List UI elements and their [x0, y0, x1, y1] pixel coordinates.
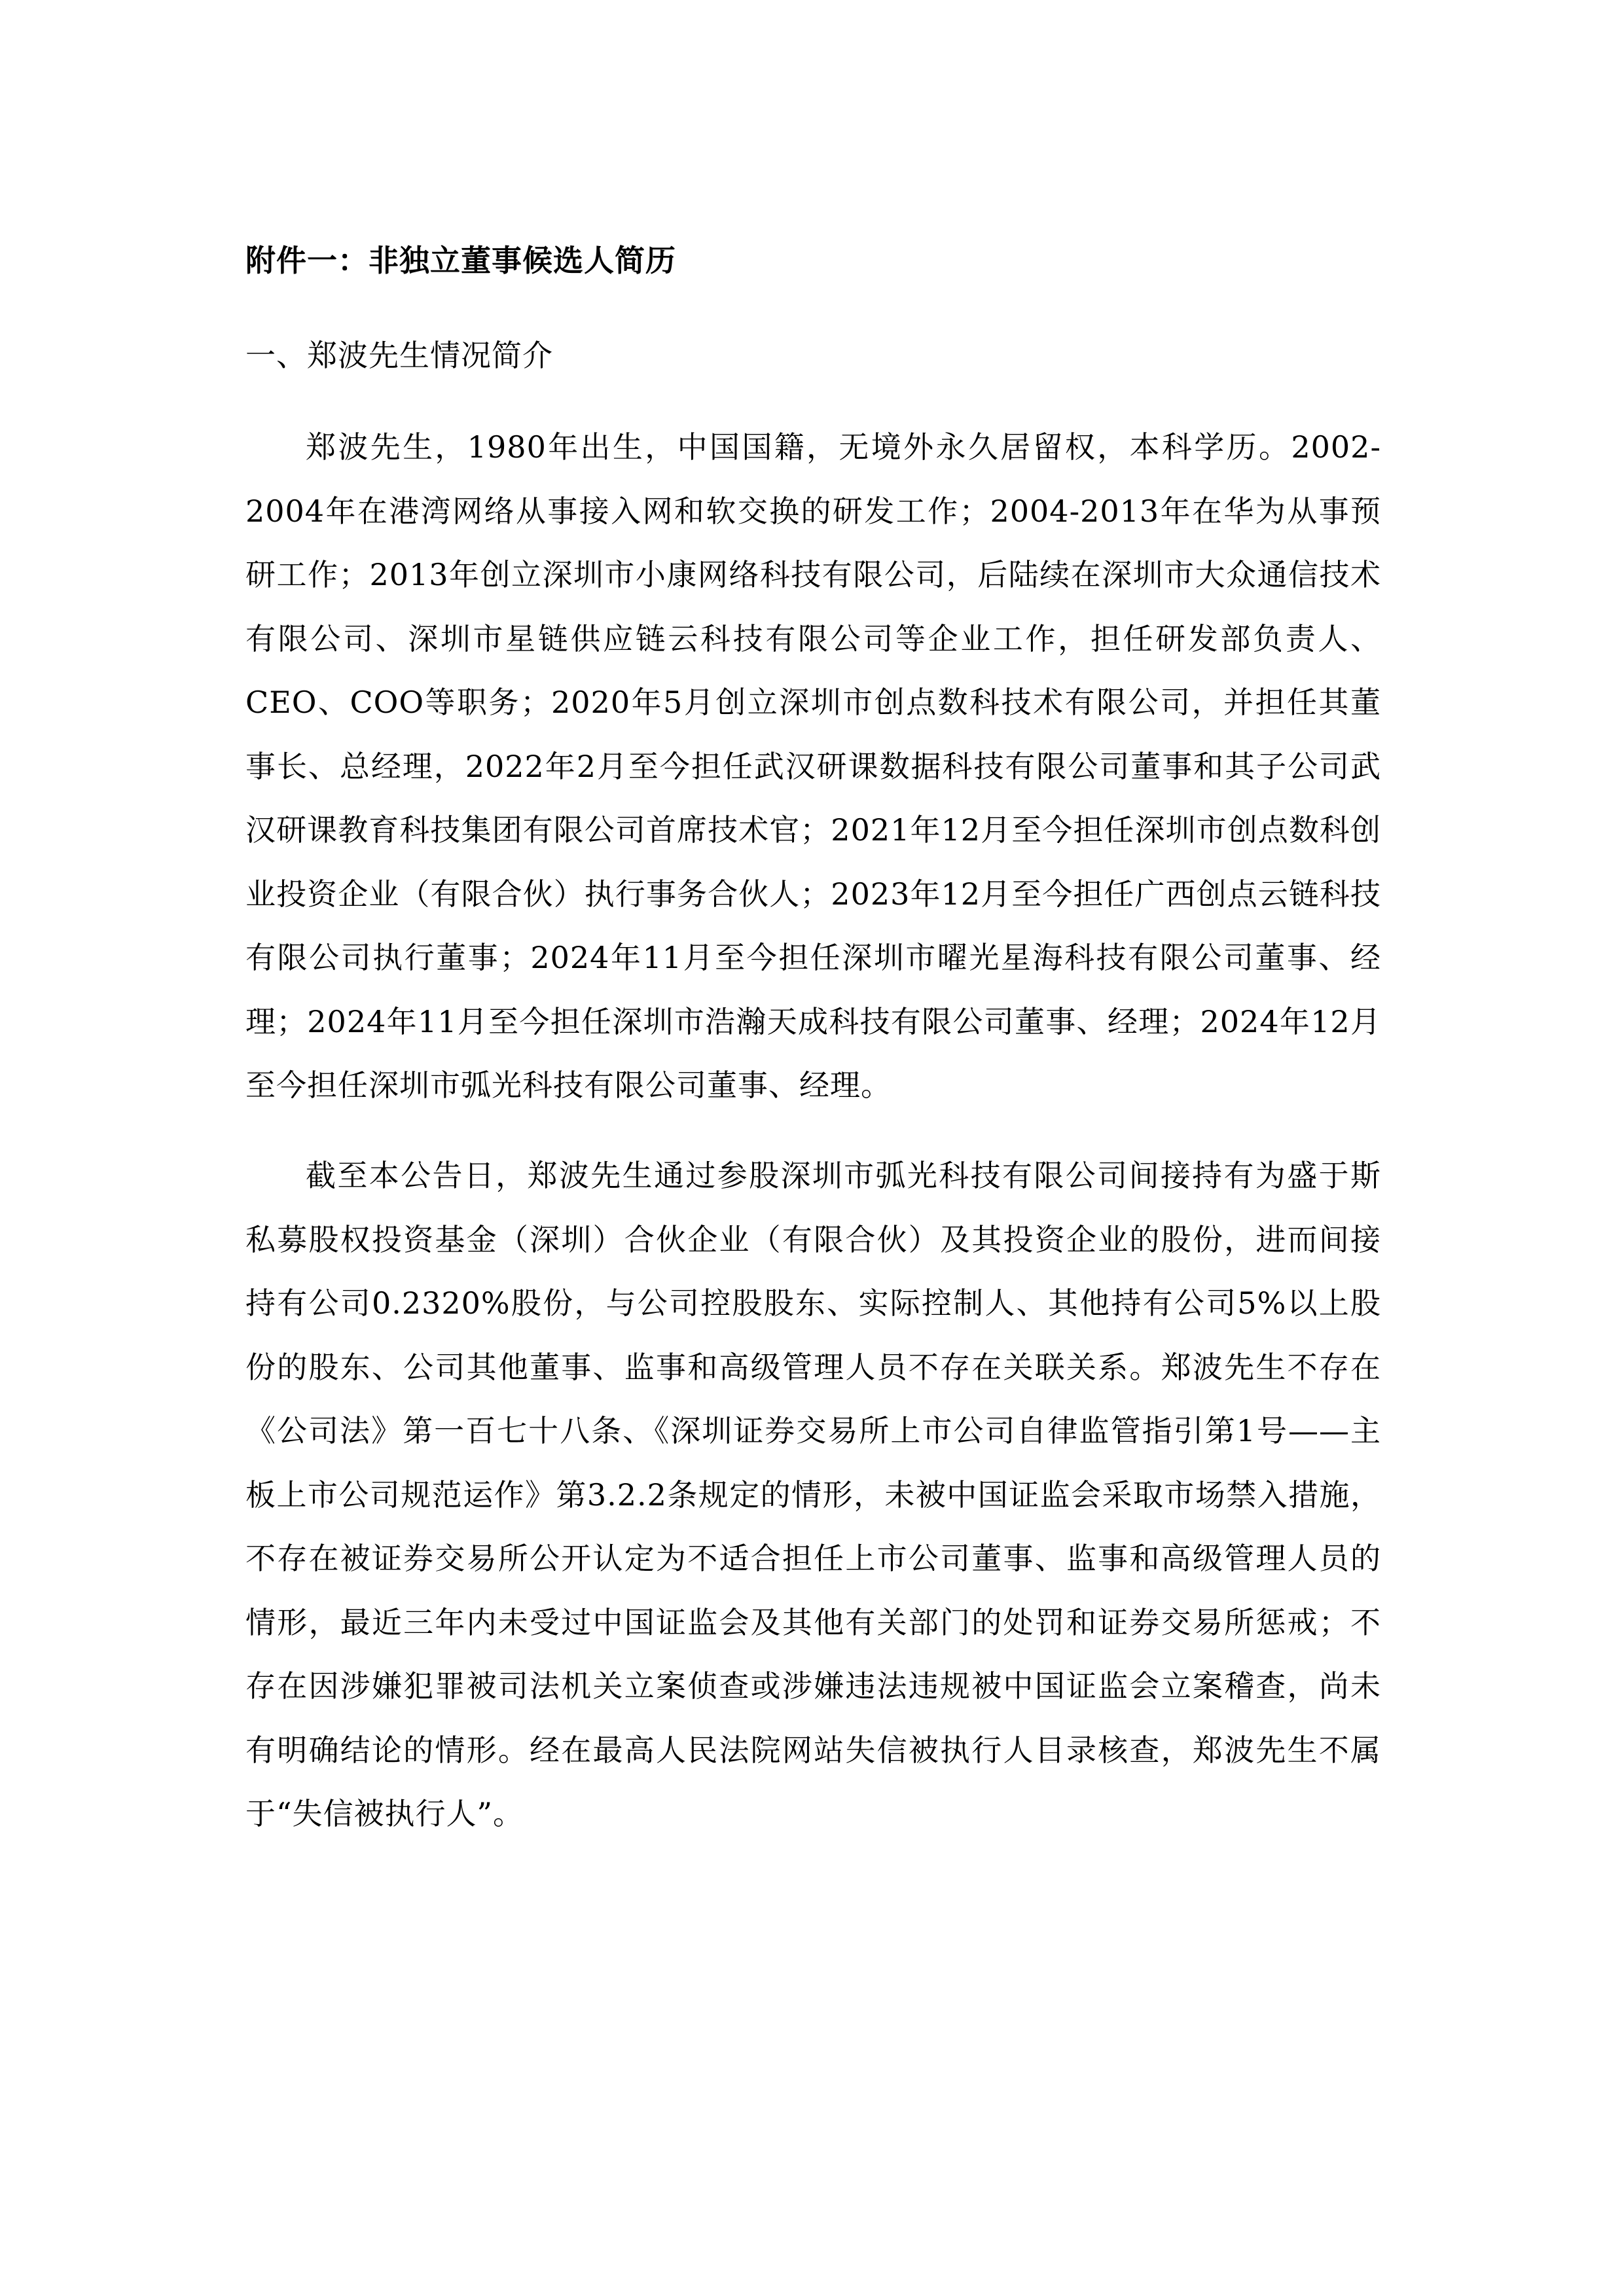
document-heading: 附件一：非独立董事候选人简历 — [245, 241, 676, 280]
section-title: 一、郑波先生情况简介 — [245, 336, 553, 375]
shareholding-disclosure-paragraph: 截至本公告日，郑波先生通过参股深圳市弧光科技有限公司间接持有为盛于斯私募股权投资… — [245, 1144, 1381, 1846]
biography-paragraph: 郑波先生，1980年出生，中国国籍，无境外永久居留权，本科学历。2002-200… — [245, 416, 1381, 1118]
